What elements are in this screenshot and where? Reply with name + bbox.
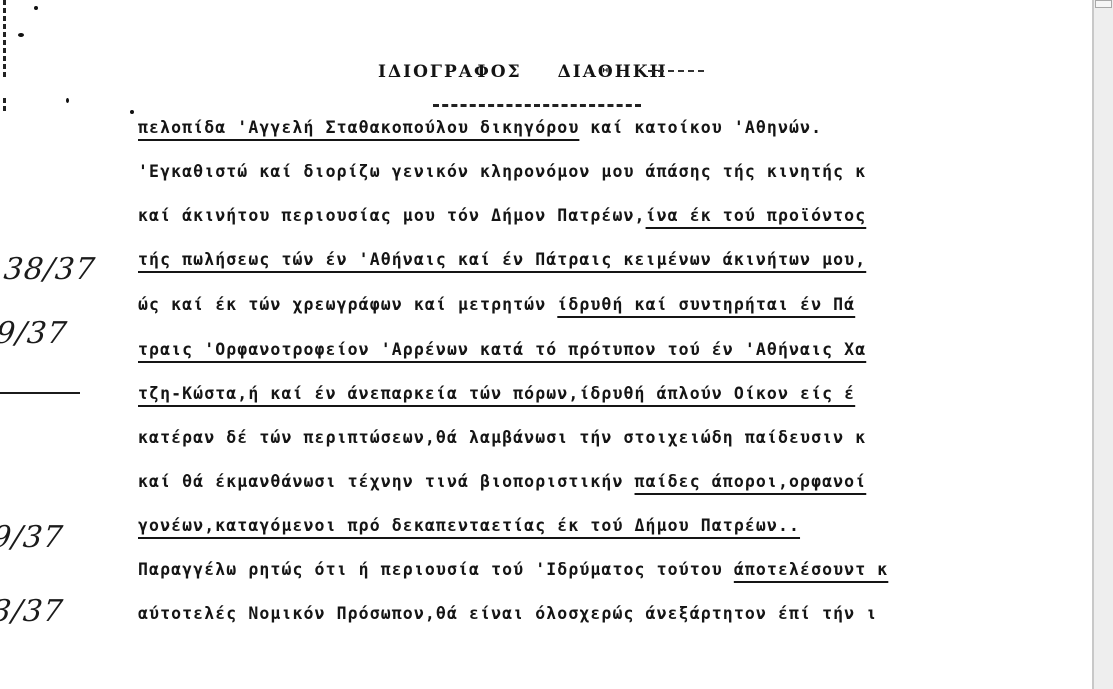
line-text: Παραγγέλω ρητώς ότι ή περιουσία τού 'Ιδρ… (138, 560, 734, 579)
line-text: κατέραν δέ τών περιπτώσεων,θά λαμβάνωσι … (138, 428, 866, 447)
underlined-text: ίνα έκ τού προϊόντος (646, 206, 867, 225)
scan-speck (34, 6, 38, 10)
line-text: 'Εγκαθιστώ καί διορίζω γενικόν κληρονόμο… (138, 162, 866, 181)
document-line: τής πωλήσεως τών έν 'Αθήναις καί έν Πάτρ… (138, 250, 866, 269)
line-text: καί θά έκμανθάνωσι τέχνην τινά βιοποριστ… (138, 472, 635, 491)
binding-edge-mark (3, 98, 6, 112)
document-line: καί άκινήτου περιουσίας μου τόν Δήμον Πα… (138, 206, 866, 225)
line-text: αύτοτελές Νομικόν Πρόσωπον,θά είναι όλοσ… (138, 604, 877, 623)
document-line: καί θά έκμανθάνωσι τέχνην τινά βιοποριστ… (138, 472, 866, 491)
underlined-text: τζη-Κώστα,ή καί έν άνεπαρκεία τών πόρων,… (138, 384, 855, 403)
document-line: τραις 'Ορφανοτροφείον 'Αρρένων κατά τό π… (138, 340, 866, 359)
document-line: κατέραν δέ τών περιπτώσεων,θά λαμβάνωσι … (138, 428, 866, 447)
line-text: καί άκινήτου περιουσίας μου τόν Δήμον Πα… (138, 206, 646, 225)
vertical-scrollbar[interactable] (1092, 0, 1113, 689)
document-line: Παραγγέλω ρητώς ότι ή περιουσία τού 'Ιδρ… (138, 560, 888, 579)
document-line: αύτοτελές Νομικόν Πρόσωπον,θά είναι όλοσ… (138, 604, 877, 623)
document-line: 'Εγκαθιστώ καί διορίζω γενικόν κληρονόμο… (138, 162, 866, 181)
scan-speck (130, 110, 134, 114)
binding-edge-mark (3, 0, 6, 80)
document-title: ΙΔΙΟΓΡΑΦΟΣΔΙΑΘΗΚΗ (378, 62, 668, 82)
underlined-text: τής πωλήσεως τών έν 'Αθήναις καί έν Πάτρ… (138, 250, 866, 269)
underlined-text: γονέων,καταγόμενοι πρό δεκαπενταετίας έκ… (138, 516, 800, 535)
line-text: καί κατοίκου 'Αθηνών. (579, 118, 822, 137)
title-word: ΙΔΙΟΓΡΑΦΟΣ (378, 62, 522, 82)
underlined-text: πελοπίδα 'Αγγελή Σταθακοπούλου δικηγόρου (138, 118, 579, 137)
margin-note: 9/37 (0, 316, 69, 351)
title-word: ΔΙΑΘΗΚΗ (558, 62, 668, 82)
underlined-text: άποτελέσουντ κ (734, 560, 888, 579)
title-underline (433, 104, 641, 107)
margin-note: 3/37 (0, 594, 65, 629)
document-line: γονέων,καταγόμενοι πρό δεκαπενταετίας έκ… (138, 516, 800, 535)
document-line: πελοπίδα 'Αγγελή Σταθακοπούλου δικηγόρου… (138, 118, 822, 137)
underlined-text: τραις 'Ορφανοτροφείον 'Αρρένων κατά τό π… (138, 340, 866, 359)
scanned-document-page: ΙΔΙΟΓΡΑΦΟΣΔΙΑΘΗΚΗ πελοπίδα 'Αγγελή Σταθα… (0, 0, 1092, 689)
underlined-text: παίδες άποροι,ορφανοί (635, 472, 867, 491)
scan-speck (66, 98, 69, 103)
document-line: τζη-Κώστα,ή καί έν άνεπαρκεία τών πόρων,… (138, 384, 855, 403)
line-text: ώς καί έκ τών χρεωγράφων καί μετρητών (138, 295, 557, 314)
scrollbar-thumb[interactable] (1095, 0, 1112, 8)
margin-note: 38/37 (2, 252, 97, 287)
scan-speck (18, 33, 24, 37)
title-dash-rule (648, 70, 704, 72)
margin-rule (0, 392, 80, 394)
underlined-text: ίδρυθή καί συντηρήται έν Πά (557, 295, 855, 314)
document-line: ώς καί έκ τών χρεωγράφων καί μετρητών ίδ… (138, 295, 855, 314)
margin-note: 9/37 (0, 520, 65, 555)
